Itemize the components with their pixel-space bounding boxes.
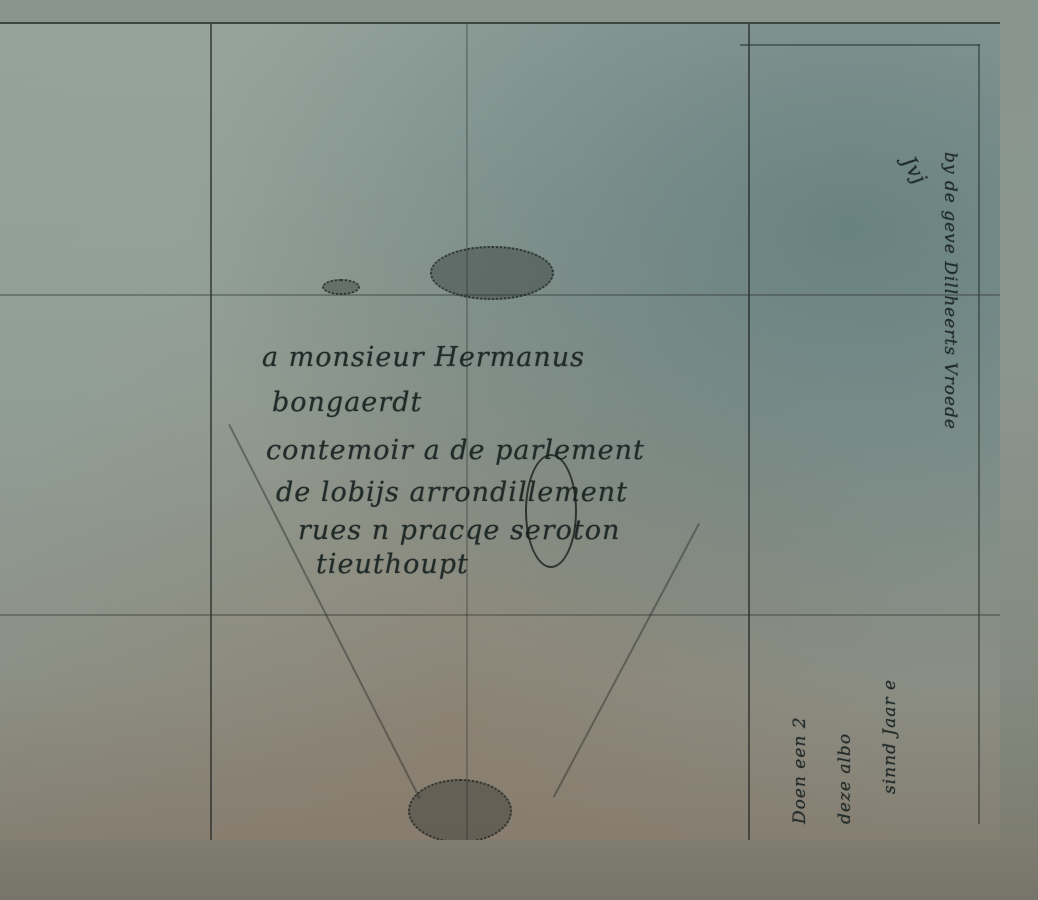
address-line-2: bongaerdt [272,384,422,422]
bottom-note-line-3: sinnd Jaar e [880,679,900,794]
fold-line-right [748,24,750,842]
envelope-flap-line-right [553,523,700,797]
wax-seal-top [430,246,554,300]
fold-line-top-edge [740,44,980,46]
top-right-initial: Jvj [897,152,932,189]
letter-sheet: a monsieur Hermanus bongaerdt contemoir … [0,22,1000,842]
fold-line-left [210,24,212,842]
address-line-6: tieuthoupt [316,546,469,584]
margin-note: by de geve Dillheerts Vroede [940,152,960,430]
fold-line-lower [0,614,1000,616]
fold-line-far-right [978,44,980,824]
flourish-loop [525,454,577,568]
address-line-1: a monsieur Hermanus [262,339,585,377]
ink-blot [322,279,360,295]
address-line-3: contemoir a de parlement [266,432,645,470]
wax-seal-bottom [408,779,512,843]
bottom-note-line-1: Doen een 2 [790,716,810,824]
bottom-note-line-2: deze albo [835,733,855,824]
scan-background [0,840,1038,900]
